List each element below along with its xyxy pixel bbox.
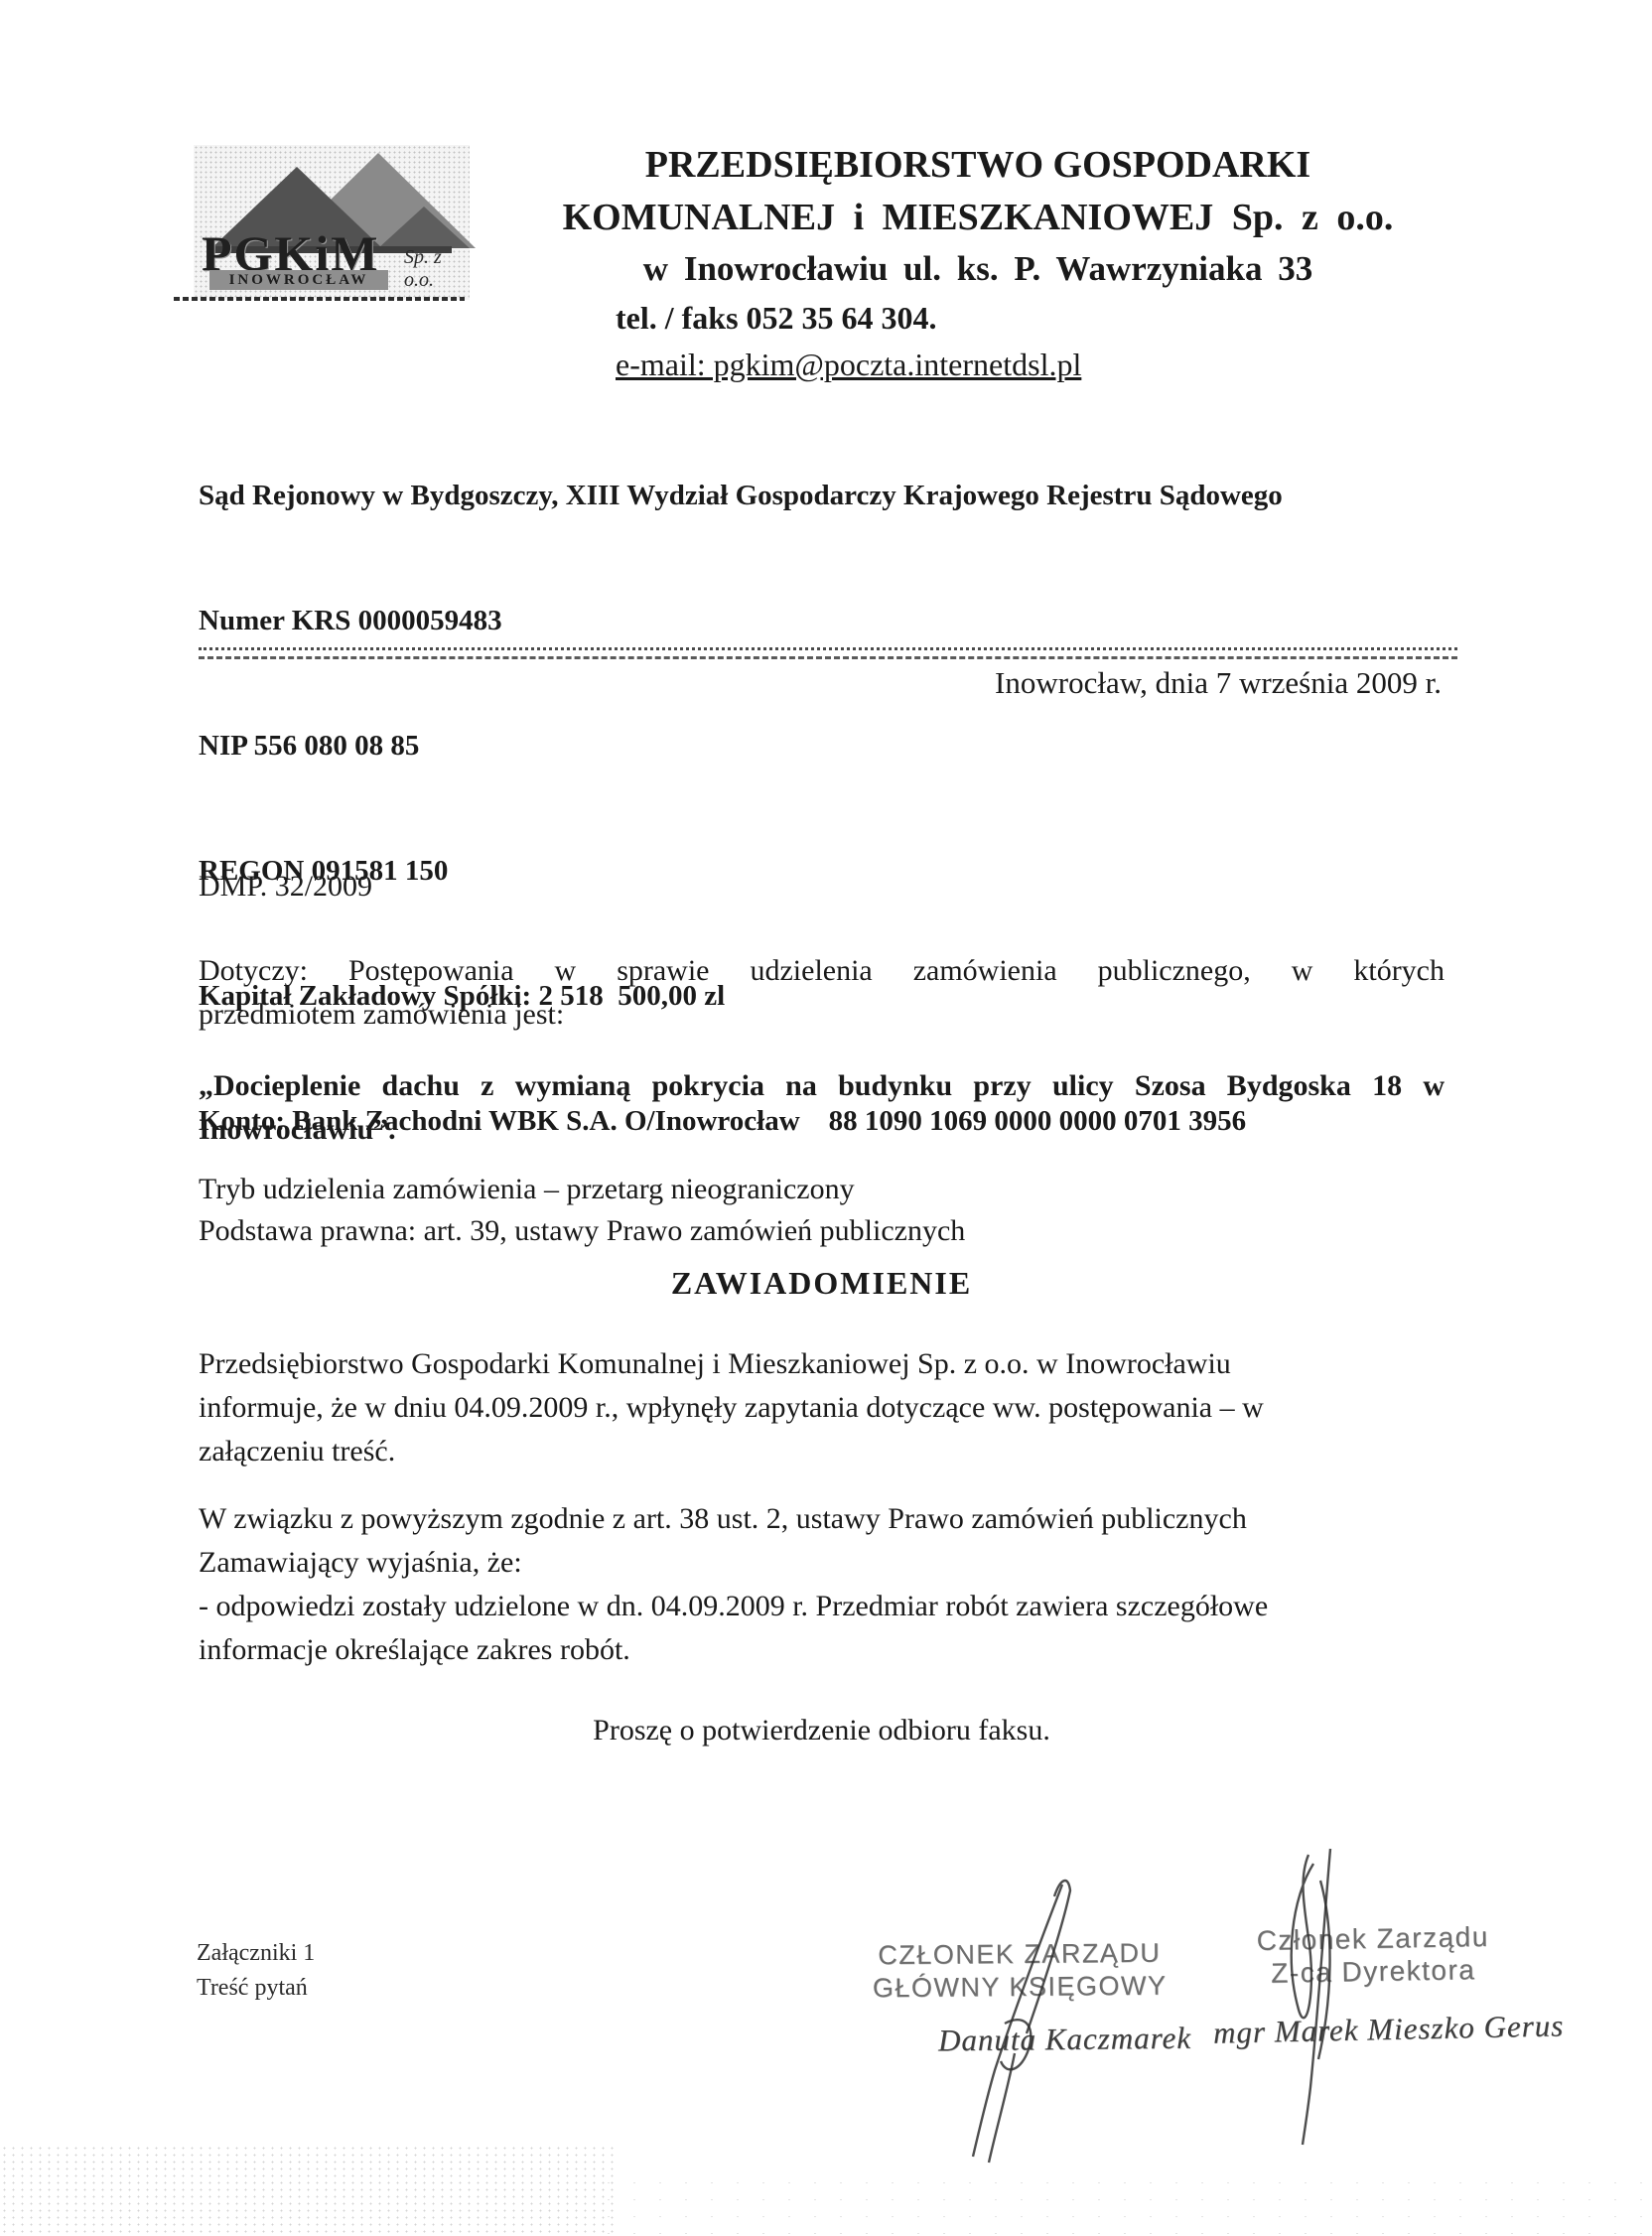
closing-line: Proszę o potwierdzenie odbioru faksu. xyxy=(199,1714,1445,1747)
legal-basis-line: Podstawa prawna: art. 39, ustawy Prawo z… xyxy=(199,1209,1445,1253)
subject-title-line: „Docieplenie dachu z wymianą pokrycia na… xyxy=(199,1064,1445,1108)
company-phone: tel. / faks 052 35 64 304. xyxy=(616,294,1415,342)
reference-number: DMP. 32/2009 xyxy=(199,870,372,904)
registry-court: Sąd Rejonowy w Bydgoszczy, XIII Wydział … xyxy=(199,475,1489,516)
body-line: informacje określające zakres robót. xyxy=(199,1628,1445,1672)
registry-nip: NIP 556 080 08 85 xyxy=(199,725,1489,767)
company-email: e-mail: pgkim@poczta.internetdsl.pl xyxy=(616,342,1415,387)
company-name-line2: KOMUNALNEJ i MIESZKANIOWEJ Sp. z o.o. xyxy=(541,192,1415,244)
logo-underline xyxy=(174,297,465,301)
handwritten-signature-right xyxy=(1259,1839,1368,2149)
subject-intro-paragraph: Dotyczy: Postępowania w sprawie udzielen… xyxy=(199,949,1445,1037)
body-line: Zamawiający wyjaśnia, że: xyxy=(199,1541,1445,1585)
scan-noise xyxy=(0,2145,616,2236)
body-paragraph-2: W związku z powyższym zgodnie z art. 38 … xyxy=(199,1497,1445,1672)
dateline: Inowrocław, dnia 7 września 2009 r. xyxy=(199,665,1442,701)
letterhead: PRZEDSIĘBIORSTWO GOSPODARKI KOMUNALNEJ i… xyxy=(541,139,1415,387)
dotted-separator xyxy=(199,647,1457,659)
body-line: załączeniu treść. xyxy=(199,1430,1445,1473)
body-line: W związku z powyższym zgodnie z art. 38 … xyxy=(199,1497,1445,1541)
scan-noise xyxy=(596,2174,1652,2236)
registry-krs: Numer KRS 0000059483 xyxy=(199,600,1489,641)
body-paragraph-1: Przedsiębiorstwo Gospodarki Komunalnej i… xyxy=(199,1342,1445,1473)
subject-title-paragraph: „Docieplenie dachu z wymianą pokrycia na… xyxy=(199,1064,1445,1152)
company-address: w Inowrocławiu ul. ks. P. Wawrzyniaka 33 xyxy=(541,244,1415,294)
handwritten-signature-left xyxy=(943,1867,1102,2165)
mountain-icon xyxy=(378,207,470,248)
logo-city-text: INOWROCŁAW xyxy=(209,270,388,290)
procedure-line: Tryb udzielenia zamówienia – przetarg ni… xyxy=(199,1168,1445,1211)
scanned-letter-page: PGKiM Sp. z o.o. INOWROCŁAW PRZEDSIĘBIOR… xyxy=(0,0,1652,2236)
logo-brand-suffix: Sp. z o.o. xyxy=(404,246,470,292)
body-line: informuje, że w dniu 04.09.2009 r., wpły… xyxy=(199,1386,1445,1430)
company-name-line1: PRZEDSIĘBIORSTWO GOSPODARKI xyxy=(541,139,1415,192)
subject-intro-line: Dotyczy: Postępowania w sprawie udzielen… xyxy=(199,949,1445,993)
body-line: - odpowiedzi zostały udzielone w dn. 04.… xyxy=(199,1585,1445,1628)
notice-heading: ZAWIADOMIENIE xyxy=(199,1265,1445,1302)
subject-intro-line: przedmiotem zamówienia jest: xyxy=(199,993,1445,1037)
attachments-line: Załączniki 1 xyxy=(197,1936,315,1971)
subject-title-line: Inowrocławiu”. xyxy=(199,1108,1445,1152)
attachments-note: Załączniki 1 Treść pytań xyxy=(197,1936,315,2006)
registry-regon: REGON 091581 150 xyxy=(199,850,1489,892)
body-line: Przedsiębiorstwo Gospodarki Komunalnej i… xyxy=(199,1342,1445,1386)
company-logo: PGKiM Sp. z o.o. INOWROCŁAW xyxy=(194,145,470,300)
attachments-line: Treść pytań xyxy=(197,1971,315,2006)
